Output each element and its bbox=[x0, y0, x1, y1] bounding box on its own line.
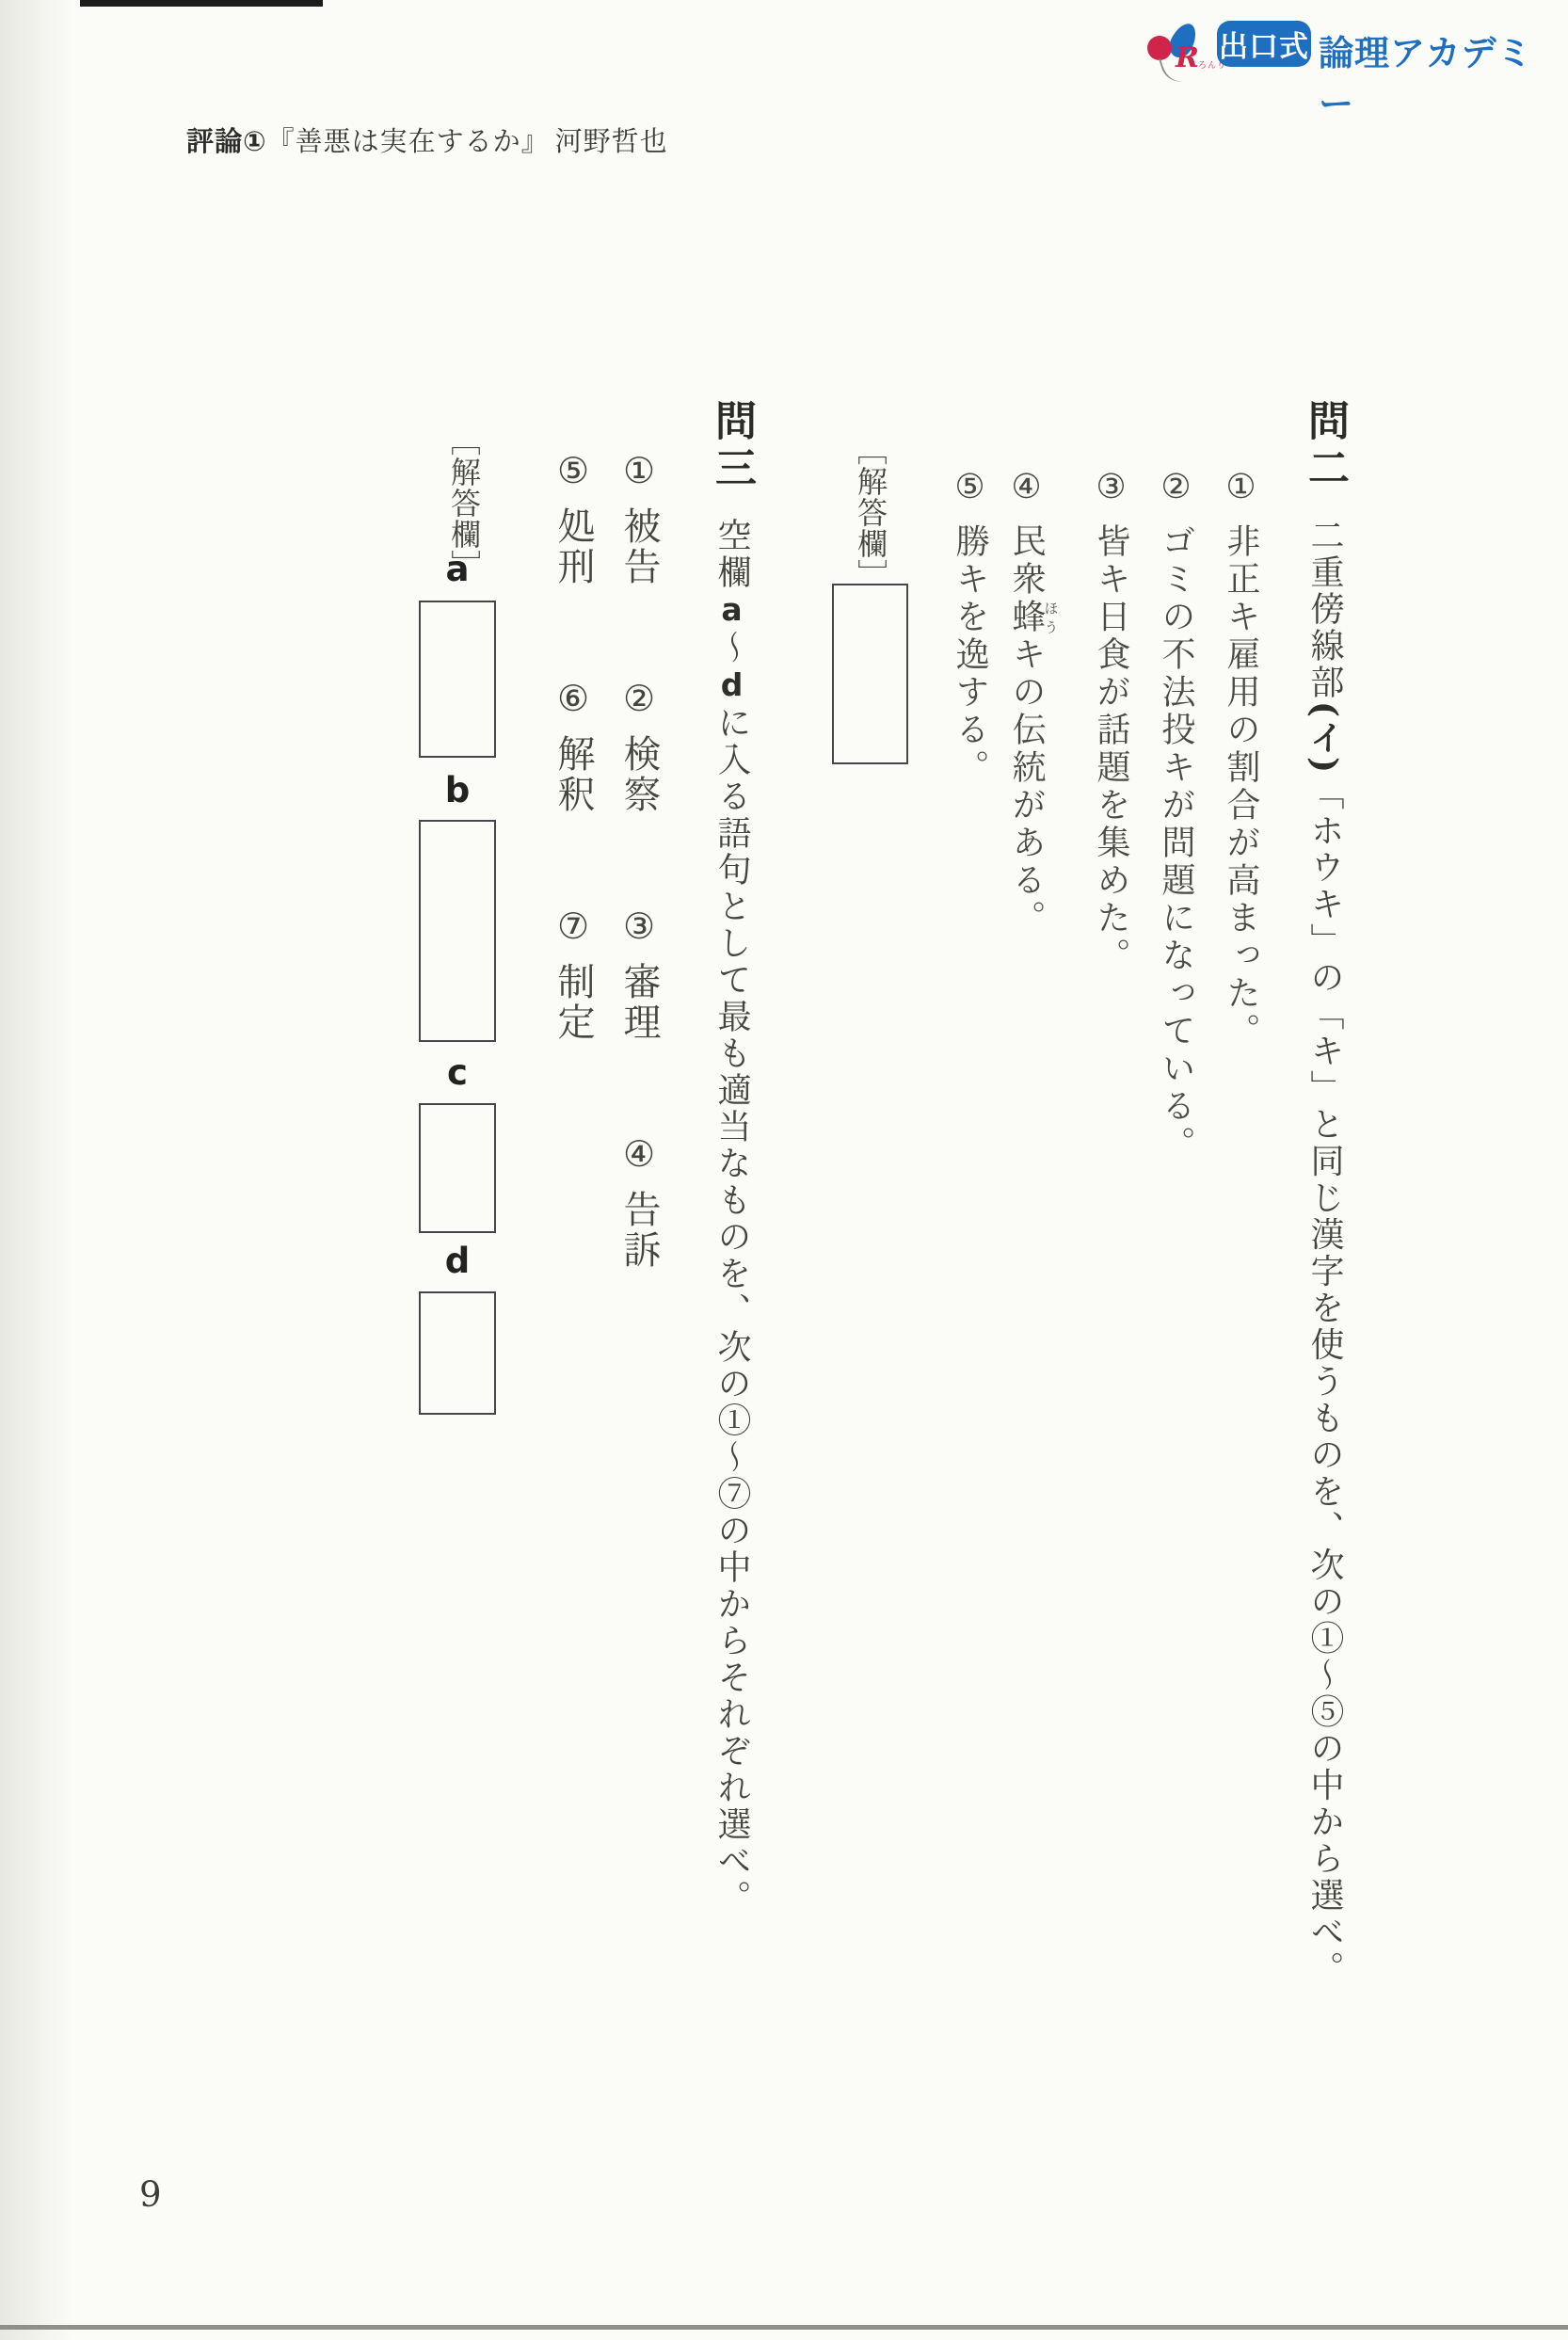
q3-option-4-text: 告訴 bbox=[617, 1190, 661, 1271]
q3-options-column-2: ⑤処刑⑥解釈⑦制定 bbox=[546, 450, 600, 1133]
q3-option-3-number: ③ bbox=[618, 906, 660, 947]
q2-option-3-number: ③ bbox=[1092, 468, 1130, 506]
q3-option-2: ②検察 bbox=[617, 678, 661, 815]
question3-slot-a: a bbox=[713, 591, 750, 630]
q2-option-4-pre: 民衆 bbox=[1007, 523, 1046, 599]
q3-option-1: ①被告 bbox=[617, 450, 661, 587]
document-header: 評論①『善悪は実在するか』河野哲也 bbox=[186, 120, 668, 159]
q3-option-2-number: ② bbox=[618, 678, 660, 719]
q3-option-5: ⑤処刑 bbox=[552, 450, 595, 587]
question3-heading: 問三 bbox=[708, 399, 756, 493]
q3-options-column-1: ①被告②検察③審理④告訴 bbox=[612, 450, 666, 1361]
q2-option-4-ruby-base: 蜂 bbox=[1007, 599, 1046, 636]
q3-answer-slot-label-a: a bbox=[419, 549, 496, 589]
scan-artifact-left-shade bbox=[0, 0, 75, 2340]
q3-option-3-text: 審理 bbox=[617, 962, 661, 1043]
brand-r-letter: R bbox=[1176, 41, 1199, 74]
q3-option-1-number: ① bbox=[618, 450, 660, 491]
q2-option-4-number: ④ bbox=[1007, 468, 1046, 506]
q2-option-2-number: ② bbox=[1157, 468, 1195, 506]
q3-answer-box-b[interactable] bbox=[419, 820, 496, 1042]
question3-text-pre: 空欄 bbox=[712, 518, 751, 591]
question3-slot-d: d bbox=[713, 666, 750, 705]
brand-badge: 出口式 bbox=[1217, 21, 1311, 67]
question2-text-pre: 二重傍線部 bbox=[1305, 518, 1344, 701]
page-number: 9 bbox=[139, 2174, 162, 2215]
q2-option-5: ⑤勝キを逸する。 bbox=[943, 468, 996, 787]
q2-answer-box[interactable] bbox=[832, 584, 908, 764]
q2-option-3: ③皆キ日食が話題を集めた。 bbox=[1084, 468, 1137, 975]
question2-marker: (イ) bbox=[1304, 701, 1344, 776]
q2-option-2: ②ゴミの不法投キが問題になっている。 bbox=[1149, 468, 1202, 1163]
q3-answer-box-c[interactable] bbox=[419, 1103, 496, 1233]
q2-option-4-post: キの伝統がある。 bbox=[1007, 636, 1046, 938]
q2-option-4-ruby-text: ほう bbox=[1043, 599, 1060, 636]
brand-logo: R ろんり 出口式 論理アカデミー bbox=[1134, 13, 1539, 79]
q3-answer-slot-label-d: d bbox=[419, 1241, 496, 1281]
lesson-label: 評論① bbox=[186, 125, 267, 157]
question3-text-post: に入る語句として最も適当なものを、次の①～⑦の中からそれぞれ選べ。 bbox=[712, 705, 751, 1916]
brand-academy-name: 論理アカデミー bbox=[1319, 24, 1539, 126]
q2-option-4-ruby: 蜂ほう bbox=[1007, 599, 1046, 636]
question2-text-post: 「ホウキ」の「キ」と同じ漢字を使うものを、次の①～⑤の中から選べ。 bbox=[1305, 776, 1344, 1987]
question2-heading: 問二 bbox=[1301, 399, 1349, 493]
brand-badge-label: 出口式 bbox=[1219, 23, 1309, 65]
q2-option-1: ①非正キ雇用の割合が高まった。 bbox=[1214, 468, 1267, 1050]
q3-option-7-number: ⑦ bbox=[552, 906, 594, 947]
q3-option-7-text: 制定 bbox=[552, 962, 595, 1043]
question2-statement: 問二二重傍線部(イ)「ホウキ」の「キ」と同じ漢字を使うものを、次の①～⑤の中から… bbox=[1295, 399, 1353, 2075]
q3-option-4-number: ④ bbox=[618, 1133, 660, 1175]
q3-answer-slot-label-c: c bbox=[419, 1052, 496, 1093]
q2-option-4: ④民衆蜂ほうキの伝統がある。 bbox=[1000, 468, 1059, 938]
q2-option-1-text: 非正キ雇用の割合が高まった。 bbox=[1222, 523, 1260, 1050]
q2-option-5-number: ⑤ bbox=[951, 468, 989, 506]
question3-tilde: ～ bbox=[712, 630, 751, 666]
scan-artifact-bottom-line bbox=[0, 2325, 1568, 2330]
q3-option-1-text: 被告 bbox=[617, 506, 661, 587]
q2-option-3-text: 皆キ日食が話題を集めた。 bbox=[1092, 523, 1130, 975]
q2-option-2-text: ゴミの不法投キが問題になっている。 bbox=[1157, 523, 1195, 1163]
q3-option-4: ④告訴 bbox=[617, 1133, 661, 1271]
q2-option-5-text: 勝キを逸する。 bbox=[951, 523, 989, 787]
author-name: 河野哲也 bbox=[555, 125, 668, 157]
q2-option-1-number: ① bbox=[1222, 468, 1260, 506]
q3-option-3: ③審理 bbox=[617, 906, 661, 1043]
work-title: 『善悪は実在するか』 bbox=[267, 125, 550, 157]
q3-option-5-text: 処刑 bbox=[552, 506, 595, 587]
scan-artifact-top bbox=[80, 0, 323, 7]
q3-option-2-text: 検察 bbox=[617, 734, 661, 815]
q2-answer-label: ［解答欄］ bbox=[849, 435, 892, 590]
q3-option-5-number: ⑤ bbox=[552, 450, 594, 491]
question3-statement: 問三空欄a～dに入る語句として最も適当なものを、次の①～⑦の中からそれぞれ選べ。 bbox=[702, 399, 760, 2075]
q3-option-6: ⑥解釈 bbox=[552, 678, 595, 815]
q3-option-6-text: 解釈 bbox=[552, 734, 595, 815]
q3-option-6-number: ⑥ bbox=[552, 678, 594, 719]
q3-option-7: ⑦制定 bbox=[552, 906, 595, 1043]
q3-answer-box-d[interactable] bbox=[419, 1291, 496, 1415]
q3-answer-slot-label-b: b bbox=[419, 770, 496, 810]
q3-answer-box-a[interactable] bbox=[419, 601, 496, 758]
